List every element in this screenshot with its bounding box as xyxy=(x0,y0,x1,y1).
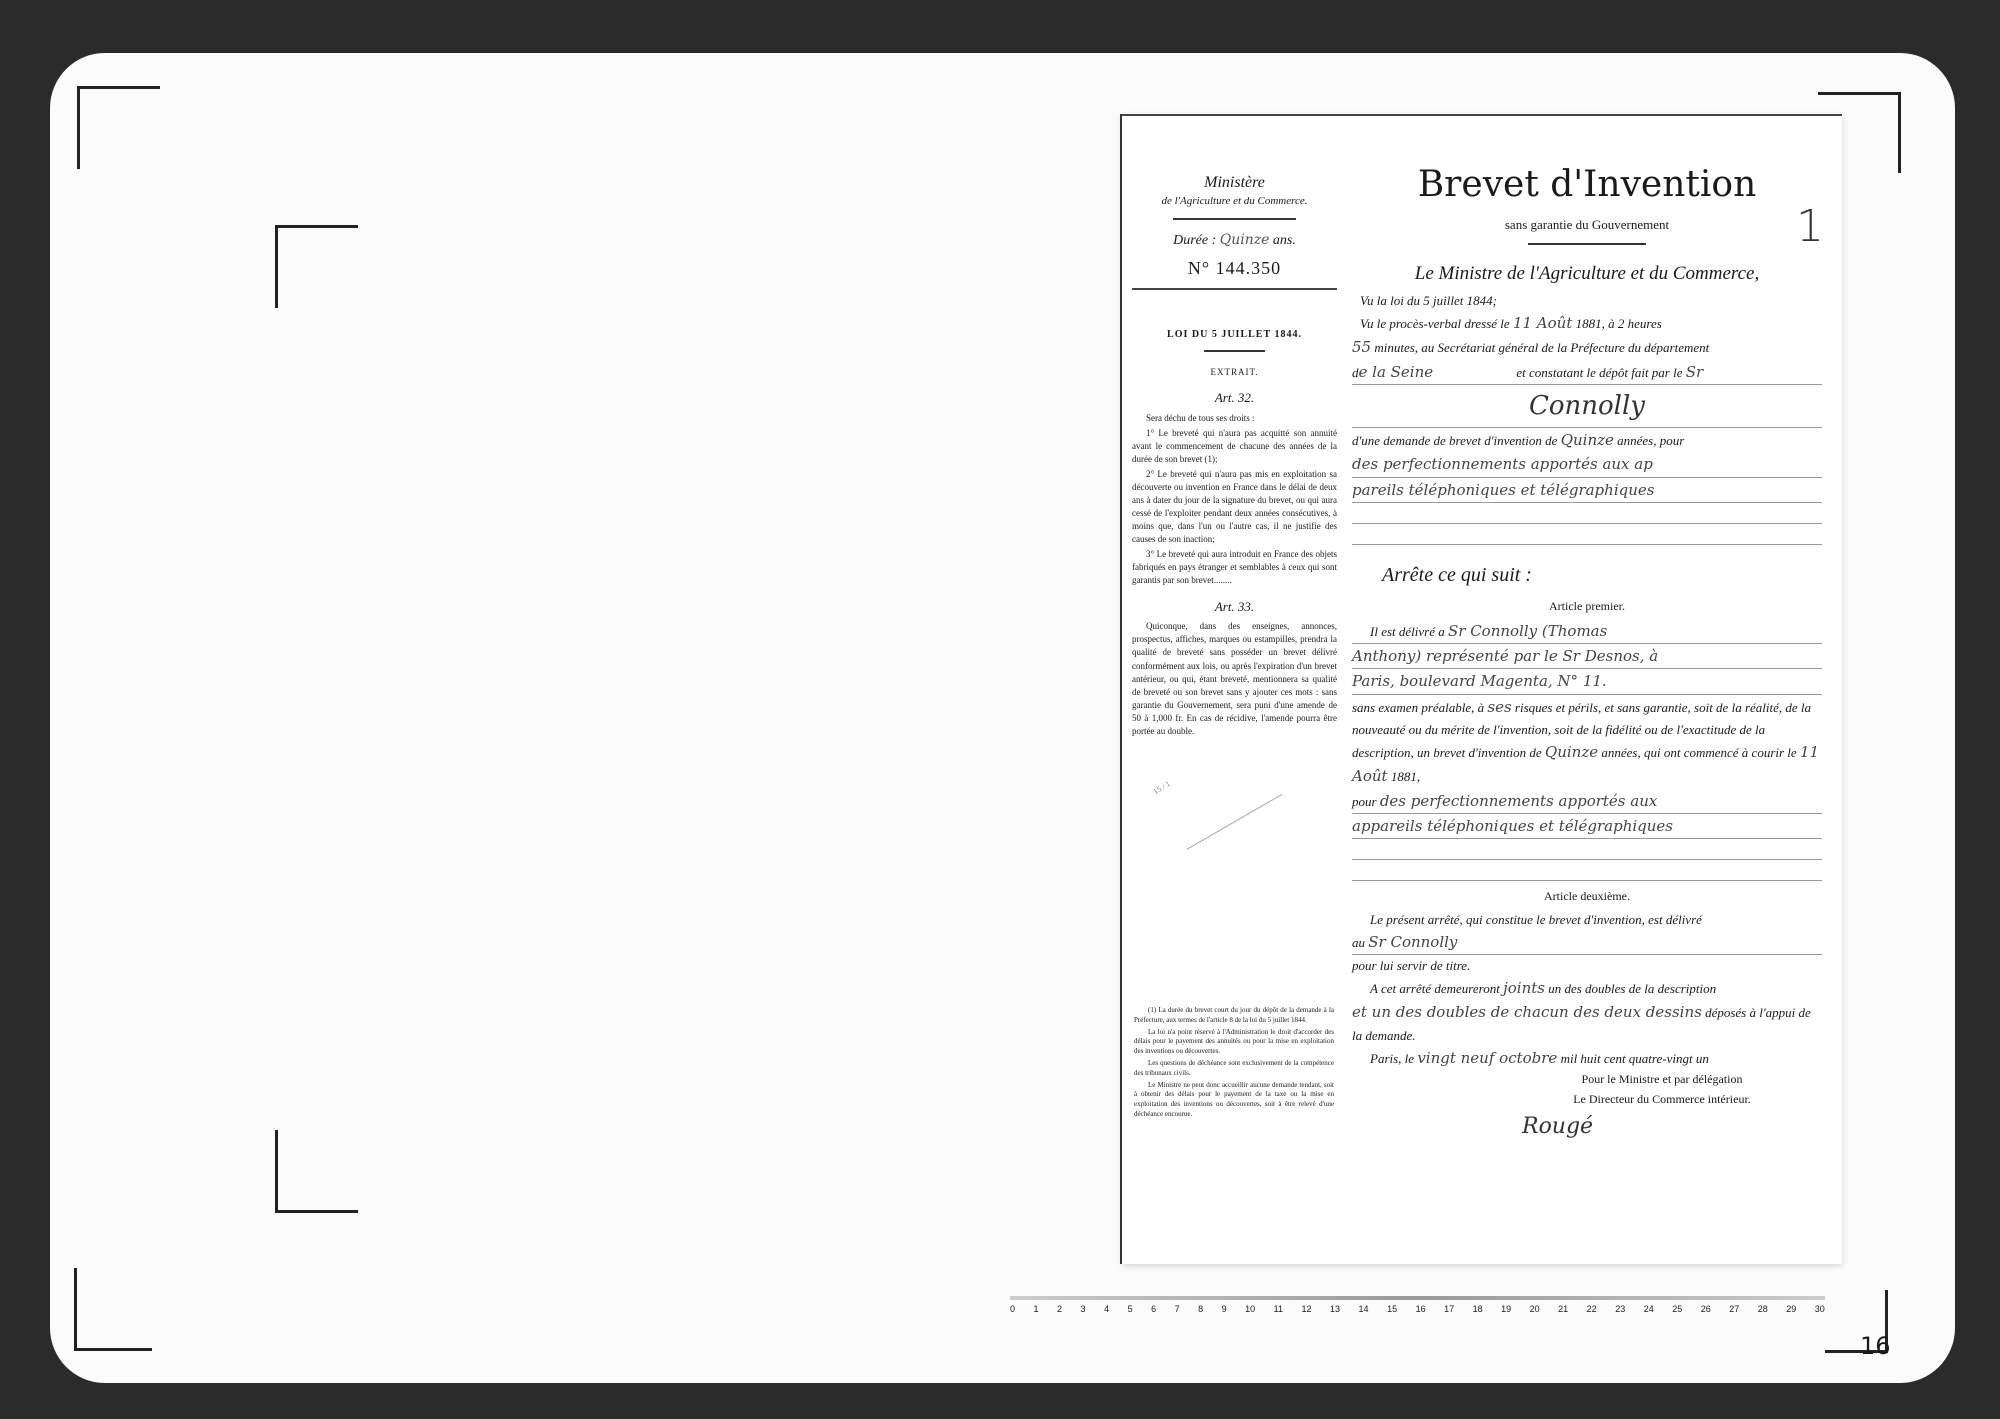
date-suffix: mil huit cent quatre-vingt un xyxy=(1561,1051,1709,1066)
art1-text-1: sans examen préalable, à xyxy=(1352,700,1484,715)
ruler-tick: 3 xyxy=(1081,1304,1086,1314)
article-32-title: Art. 32. xyxy=(1132,389,1337,408)
ruler-tick: 20 xyxy=(1530,1304,1540,1314)
duree-value: Quinze xyxy=(1220,232,1270,248)
dept-suffix: et constatant le dépôt fait par le xyxy=(1516,365,1682,380)
ornament-divider xyxy=(1204,350,1266,352)
document-subtitle: sans garantie du Gouvernement xyxy=(1352,214,1822,235)
ruler-tick: 12 xyxy=(1302,1304,1312,1314)
left-column: Ministère de l'Agriculture et du Commerc… xyxy=(1132,171,1337,740)
article-32-para-1: 1° Le breveté qui n'aura pas acquitté so… xyxy=(1132,427,1337,466)
document-title: Brevet d'Invention xyxy=(1352,156,1822,214)
ruler-tick: 9 xyxy=(1222,1304,1227,1314)
ruler-tick: 7 xyxy=(1175,1304,1180,1314)
divider xyxy=(1132,288,1337,290)
art1-risques-hw: ses xyxy=(1487,698,1511,716)
article-33-para: Quiconque, dans des enseignes, annonces,… xyxy=(1132,620,1337,737)
ruler-tick: 29 xyxy=(1786,1304,1796,1314)
article-32-para-3: 3° Le breveté qui aura introduit en Fran… xyxy=(1132,548,1337,587)
patent-sheet: 1 Ministère de l'Agriculture et du Comme… xyxy=(1122,114,1842,1264)
ruler-tick: 22 xyxy=(1587,1304,1597,1314)
date-hw: vingt neuf octobre xyxy=(1417,1049,1557,1067)
ruler-tick: 23 xyxy=(1615,1304,1625,1314)
footnote-4: Le Ministre ne peut donc accueillir aucu… xyxy=(1134,1081,1334,1120)
art1-prefix: Il est délivré a xyxy=(1370,624,1445,639)
ruler-tick: 25 xyxy=(1672,1304,1682,1314)
minister-line: Le Ministre de l'Agriculture et du Comme… xyxy=(1352,259,1822,290)
ruler-tick: 14 xyxy=(1359,1304,1369,1314)
duree-line: Durée : Quinze ans. xyxy=(1132,230,1337,251)
crop-mark-bottom-left-inner xyxy=(275,1130,358,1213)
ruler-tick: 30 xyxy=(1815,1304,1825,1314)
vu-loi: Vu la loi du 5 juillet 1844; xyxy=(1360,290,1822,311)
ruler-ticks: 0 1 2 3 4 5 6 7 8 9 10 11 12 13 14 15 16… xyxy=(1010,1304,1825,1314)
signature-line-1: Pour le Ministre et par délégation xyxy=(1502,1070,1822,1089)
invention-title-line-2: pareils téléphoniques et télégraphiques xyxy=(1352,478,1822,503)
ministere-heading: Ministère xyxy=(1132,171,1337,194)
article-1-recipient-line-3: Paris, boulevard Magenta, N° 11. xyxy=(1352,669,1822,694)
article-2-text-4: et un des doubles de chacun des deux des… xyxy=(1352,1000,1822,1045)
article-1-title: Article premier. xyxy=(1352,597,1822,616)
ruler-tick: 27 xyxy=(1729,1304,1739,1314)
faded-stamp: 15 / 1 xyxy=(1152,733,1283,849)
article-32-para-2: 2° Le breveté qui n'aura pas mis en expl… xyxy=(1132,468,1337,546)
date-line: Paris, le vingt neuf octobre mil huit ce… xyxy=(1370,1046,1822,1070)
date-prefix: Paris, le xyxy=(1370,1051,1414,1066)
footnote: (1) La durée du brevet court du jour du … xyxy=(1134,1006,1334,1122)
blank-line xyxy=(1352,503,1822,524)
right-column: Brevet d'Invention sans garantie du Gouv… xyxy=(1352,156,1822,1145)
article-2-text-1: Le présent arrêté, qui constitue le brev… xyxy=(1370,909,1822,930)
crop-mark-bottom-left-outer xyxy=(74,1268,152,1351)
art2-text-3-suffix: un des doubles de la description xyxy=(1548,981,1716,996)
article-1-invention-line-2: appareils téléphoniques et télégraphique… xyxy=(1352,814,1822,839)
ruler-tick: 1 xyxy=(1034,1304,1039,1314)
blank-line xyxy=(1352,524,1822,545)
art2-au: au xyxy=(1352,935,1365,950)
art1-pour: pour xyxy=(1352,794,1377,809)
vu-pv-minutes: 55 minutes, au Secrétariat général de la… xyxy=(1352,335,1822,359)
vu-pv-year: 1881, à 2 heures xyxy=(1576,316,1662,331)
ruler-tick: 11 xyxy=(1274,1304,1283,1314)
ornament-divider xyxy=(1528,243,1646,245)
ruler-tick: 16 xyxy=(1416,1304,1426,1314)
art1-recipient-hw-1: Sr Connolly (Thomas xyxy=(1448,622,1607,640)
ornament-divider xyxy=(1173,218,1296,220)
ruler-tick: 18 xyxy=(1473,1304,1483,1314)
vu-pv-prefix: Vu le procès-verbal dressé le xyxy=(1360,316,1510,331)
vu-proces-verbal: Vu le procès-verbal dressé le 11 Août 18… xyxy=(1360,311,1822,335)
duree-unit: ans. xyxy=(1273,233,1296,248)
ministere-subheading: de l'Agriculture et du Commerce. xyxy=(1132,194,1337,210)
ruler-tick: 13 xyxy=(1330,1304,1340,1314)
article-1-recipient-line-1: Il est délivré a Sr Connolly (Thomas xyxy=(1352,619,1822,644)
signature-line-2: Le Directeur du Commerce intérieur. xyxy=(1502,1090,1822,1109)
art2-joint-hw: joints xyxy=(1503,979,1545,997)
art2-doubles-hw: et un des doubles de chacun des deux des… xyxy=(1352,1003,1702,1021)
article-32-intro: Sera déchu de tous ses droits : xyxy=(1132,412,1337,425)
ruler-tick: 4 xyxy=(1104,1304,1109,1314)
article-1-invention-line-1: pour des perfectionnements apportés aux xyxy=(1352,789,1822,814)
article-33-title: Art. 33. xyxy=(1132,598,1337,617)
duree-label: Durée : xyxy=(1173,233,1216,248)
article-1-recipient-line-2: Anthony) représenté par le Sr Desnos, à xyxy=(1352,644,1822,669)
invention-title-line-1: des perfectionnements apportés aux ap xyxy=(1352,452,1822,477)
demande-duree-hw: Quinze xyxy=(1561,431,1614,449)
art1-year: 1881, xyxy=(1391,769,1420,784)
ruler-tick: 21 xyxy=(1558,1304,1568,1314)
footnote-3: Les questions de déchéance sont exclusiv… xyxy=(1134,1059,1334,1079)
ruler-tick: 8 xyxy=(1198,1304,1203,1314)
dept-hw: e la Seine xyxy=(1359,363,1434,381)
art1-duree-hw: Quinze xyxy=(1545,743,1598,761)
demande-prefix: d'une demande de brevet d'invention de xyxy=(1352,433,1557,448)
footnote-2: La loi n'a point réservé à l'Administrat… xyxy=(1134,1028,1334,1057)
applicant-name: Connolly xyxy=(1352,385,1822,428)
ruler-tick: 28 xyxy=(1758,1304,1768,1314)
ruler-tick: 26 xyxy=(1701,1304,1711,1314)
footnote-1: (1) La durée du brevet court du jour du … xyxy=(1134,1006,1334,1026)
ruler-tick: 2 xyxy=(1057,1304,1062,1314)
vu-pv-cont: minutes, au Secrétariat général de la Pr… xyxy=(1374,340,1709,355)
article-2-text-3: A cet arrêté demeureront joints un des d… xyxy=(1370,976,1822,1000)
ruler-tick: 17 xyxy=(1444,1304,1454,1314)
crop-mark-top-left-outer xyxy=(77,86,160,169)
blank-line xyxy=(1352,860,1822,881)
ruler-tick: 10 xyxy=(1245,1304,1255,1314)
patent-number: N° 144.350 xyxy=(1132,255,1337,281)
frame-number: 16 xyxy=(1860,1332,1891,1360)
vu-pv-minutes-hw: 55 xyxy=(1352,338,1371,356)
ruler-tick: 24 xyxy=(1644,1304,1654,1314)
art2-recipient-hw: Sr Connolly xyxy=(1368,933,1457,951)
blank-line xyxy=(1352,839,1822,860)
department-line: de la Seine et constatant le dépôt fait … xyxy=(1352,360,1822,385)
article-2-title: Article deuxième. xyxy=(1352,887,1822,906)
vu-pv-date: 11 Août xyxy=(1513,314,1572,332)
measurement-ruler: 0 1 2 3 4 5 6 7 8 9 10 11 12 13 14 15 16… xyxy=(1010,1296,1825,1336)
ruler-bar xyxy=(1010,1296,1825,1300)
ruler-tick: 15 xyxy=(1387,1304,1397,1314)
dept-sr: Sr xyxy=(1686,363,1703,381)
art1-invention-hw-1: des perfectionnements apportés aux xyxy=(1380,792,1658,810)
demande-line: d'une demande de brevet d'invention de Q… xyxy=(1352,428,1822,452)
crop-mark-top-left-inner xyxy=(275,225,358,308)
art2-text-3-prefix: A cet arrêté demeureront xyxy=(1370,981,1500,996)
signature: Rougé xyxy=(1522,1109,1822,1145)
loi-title: LOI DU 5 JUILLET 1844. xyxy=(1132,328,1337,343)
ruler-tick: 5 xyxy=(1128,1304,1133,1314)
ruler-tick: 0 xyxy=(1010,1304,1015,1314)
article-2-text-2: pour lui servir de titre. xyxy=(1352,955,1822,976)
art1-text-3: années, qui ont commencé à courir le xyxy=(1601,745,1796,760)
article-2-recipient-line: au Sr Connolly xyxy=(1352,930,1822,955)
article-1-body: sans examen préalable, à ses risques et … xyxy=(1352,695,1822,789)
ruler-tick: 19 xyxy=(1501,1304,1511,1314)
extrait-heading: EXTRAIT. xyxy=(1132,366,1337,379)
demande-suffix: années, pour xyxy=(1617,433,1684,448)
arrete-heading: Arrête ce qui suit : xyxy=(1382,559,1822,591)
ruler-tick: 6 xyxy=(1151,1304,1156,1314)
